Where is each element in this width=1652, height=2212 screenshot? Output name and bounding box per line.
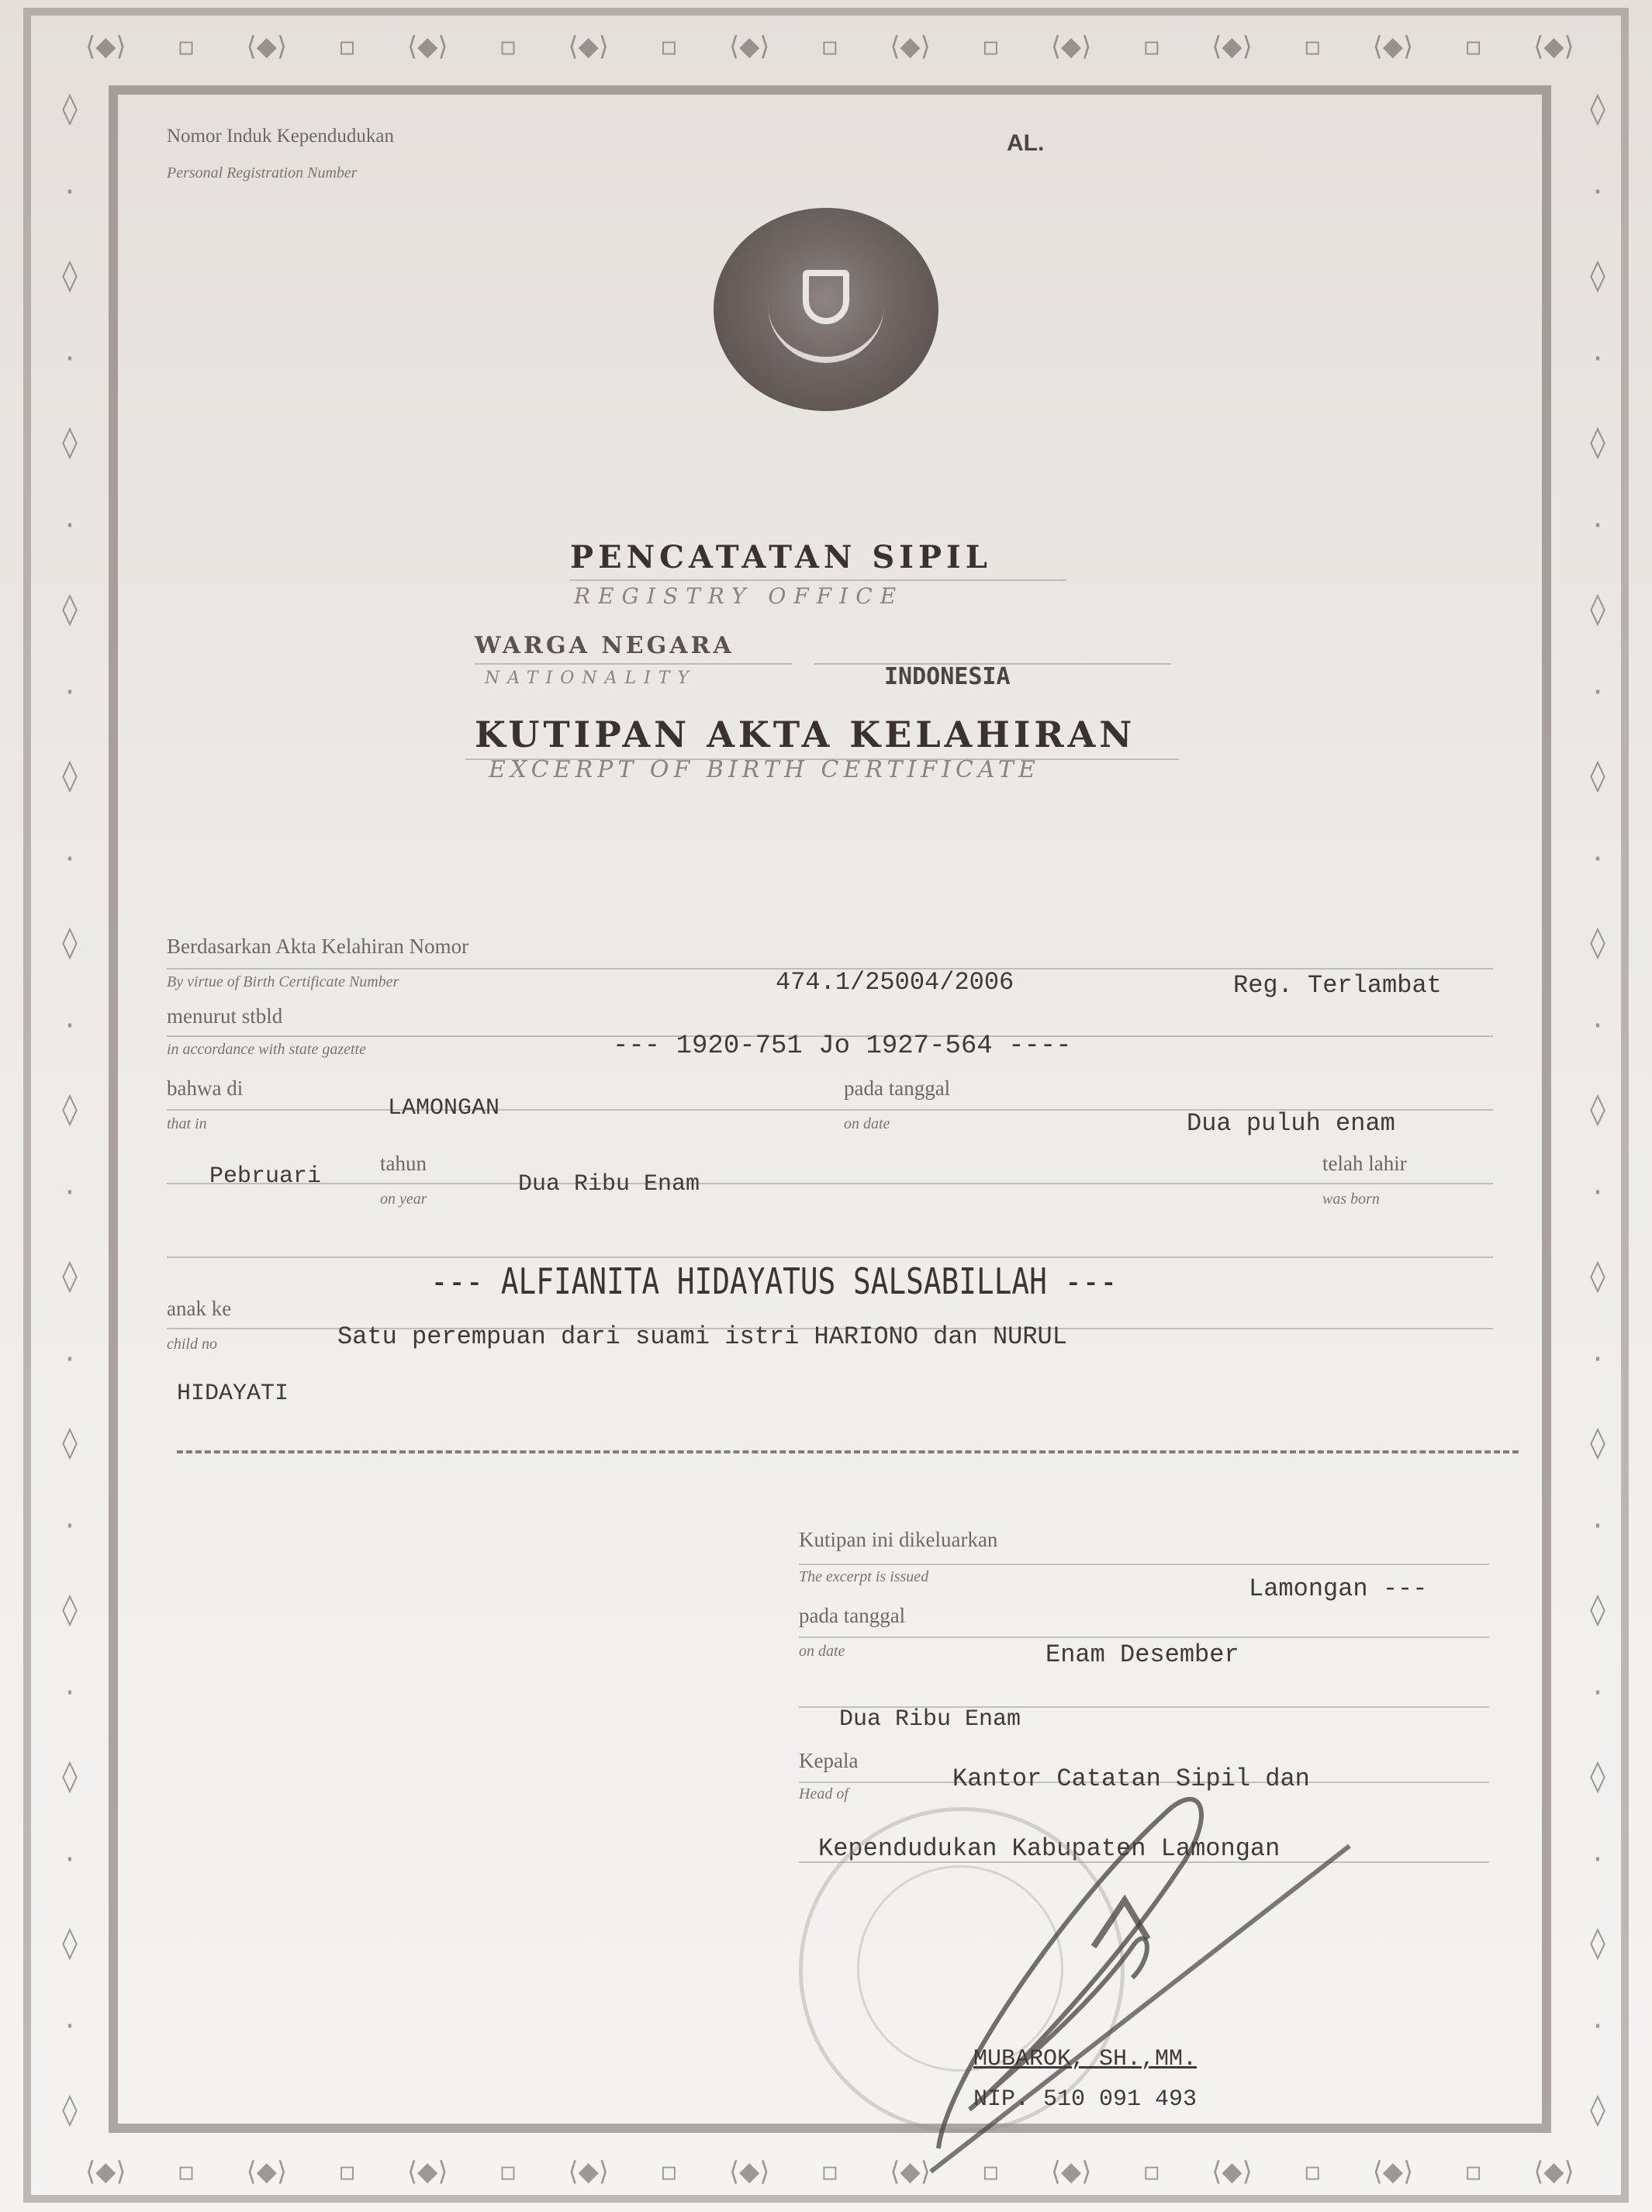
cert-number-label-en: By virtue of Birth Certificate Number: [167, 973, 399, 991]
office-title: PENCATATAN SIPIL: [570, 539, 992, 575]
cert-number-label: Berdasarkan Akta Kelahiran Nomor: [167, 935, 468, 959]
child-order-value: Satu perempuan dari suami istri HARIONO …: [337, 1322, 1067, 1351]
child-name: --- ALFIANITA HIDAYATUS SALSABILLAH ---: [430, 1260, 1118, 1302]
issued-date-value: Enam Desember: [1045, 1640, 1239, 1669]
registration-number-label: Nomor Induk Kependudukan: [167, 126, 394, 147]
birth-date-label-en: on date: [844, 1115, 890, 1133]
nationality-label: WARGA NEGARA: [475, 632, 734, 659]
issued-label: Kutipan ini dikeluarkan: [799, 1528, 997, 1552]
birthplace-value: LAMONGAN: [388, 1095, 499, 1122]
registration-number-label-en: Personal Registration Number: [167, 164, 358, 182]
issued-year-value: Dua Ribu Enam: [839, 1706, 1021, 1733]
child-order-label: anak ke: [167, 1297, 231, 1321]
closing-dashed-line: [177, 1450, 1519, 1453]
birth-day-value: Dua puluh enam: [1187, 1109, 1395, 1138]
nationality-value: INDONESIA: [884, 663, 1011, 690]
cert-number-value: 474.1/25004/2006: [776, 968, 1014, 997]
birth-year-label-en: on year: [380, 1191, 427, 1208]
gazette-label: menurut stbld: [167, 1004, 282, 1028]
issued-place: Lamongan ---: [1249, 1574, 1427, 1603]
birthplace-label: bahwa di: [167, 1077, 243, 1101]
official-nip: NIP. 510 091 493: [973, 2086, 1197, 2113]
nationality-label-en: NATIONALITY: [485, 669, 696, 688]
birth-date-label: pada tanggal: [844, 1077, 950, 1101]
document-code: AL.: [1007, 130, 1044, 157]
certificate-sheet: ⟨◆⟩▫⟨◆⟩▫⟨◆⟩▫⟨◆⟩▫⟨◆⟩▫⟨◆⟩▫⟨◆⟩▫⟨◆⟩▫⟨◆⟩▫⟨◆⟩ …: [0, 0, 1652, 2212]
top-ornament-row: ⟨◆⟩▫⟨◆⟩▫⟨◆⟩▫⟨◆⟩▫⟨◆⟩▫⟨◆⟩▫⟨◆⟩▫⟨◆⟩▫⟨◆⟩▫⟨◆⟩: [85, 23, 1574, 70]
office-subtitle: REGISTRY OFFICE: [574, 583, 904, 609]
cert-number-note: Reg. Terlambat: [1233, 971, 1442, 1000]
birth-month-value: Pebruari: [209, 1163, 321, 1190]
birth-year-value: Dua Ribu Enam: [518, 1171, 700, 1198]
left-ornament-column: ◊·◊·◊·◊·◊·◊·◊·◊·◊·◊·◊·◊·◊: [47, 93, 93, 2125]
issued-date-label: pada tanggal: [799, 1604, 905, 1628]
document-title: KUTIPAN AKTA KELAHIRAN: [475, 714, 1135, 755]
right-ornament-column: ◊·◊·◊·◊·◊·◊·◊·◊·◊·◊·◊·◊·◊: [1574, 93, 1621, 2125]
born-label-en: was born: [1322, 1191, 1380, 1208]
born-label: telah lahir: [1322, 1152, 1407, 1176]
issued-date-label-en: on date: [799, 1643, 845, 1661]
issued-label-en: The excerpt is issued: [799, 1568, 928, 1586]
gazette-value: --- 1920-751 Jo 1927-564 ----: [613, 1032, 1072, 1061]
child-order-label-en: child no: [167, 1336, 217, 1353]
child-order-value-cont: HIDAYATI: [177, 1381, 289, 1407]
gazette-label-en: in accordance with state gazette: [167, 1041, 366, 1059]
birthplace-label-en: that in: [167, 1115, 207, 1133]
garuda-emblem-icon: [714, 208, 938, 411]
signature-mark: [838, 1745, 1381, 2179]
document-subtitle: EXCERPT OF BIRTH CERTIFICATE: [489, 756, 1040, 783]
official-name: MUBAROK, SH.,MM.: [973, 2046, 1197, 2072]
birth-year-label: tahun: [380, 1152, 427, 1176]
